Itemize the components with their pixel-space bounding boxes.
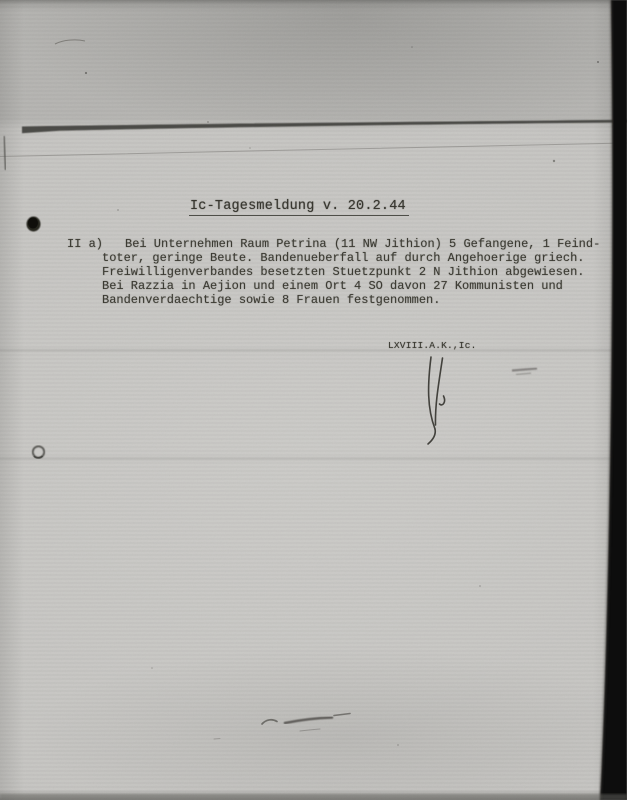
report-line-2: toter, geringe Beute. Bandenueberfall au… xyxy=(102,251,600,265)
scan-bottom-edge xyxy=(0,794,627,800)
scanned-document-page: Ic-Tagesmeldung v. 20.2.44 II a) Bei Unt… xyxy=(0,0,627,800)
ink-blot xyxy=(27,217,41,232)
report-body: Bei Unternehmen Raum Petrina (11 NW Jith… xyxy=(102,237,600,307)
report-line-5: Bandenverdaechtige sowie 8 Frauen festge… xyxy=(102,293,600,307)
report-line-3: Freiwilligenverbandes besetzten Stuetzpu… xyxy=(102,265,600,279)
report-line-4: Bei Razzia in Aejion und einem Ort 4 SO … xyxy=(102,279,600,293)
punch-hole xyxy=(33,446,44,457)
film-grain xyxy=(0,0,627,800)
scan-artifacts xyxy=(0,0,627,800)
document-title: Ic-Tagesmeldung v. 20.2.44 xyxy=(189,199,409,216)
report-line-1: Bei Unternehmen Raum Petrina (11 NW Jith… xyxy=(102,237,600,251)
signature-unit: LXVIII.A.K.,Ic. xyxy=(388,340,477,351)
section-label: II a) xyxy=(67,237,103,251)
